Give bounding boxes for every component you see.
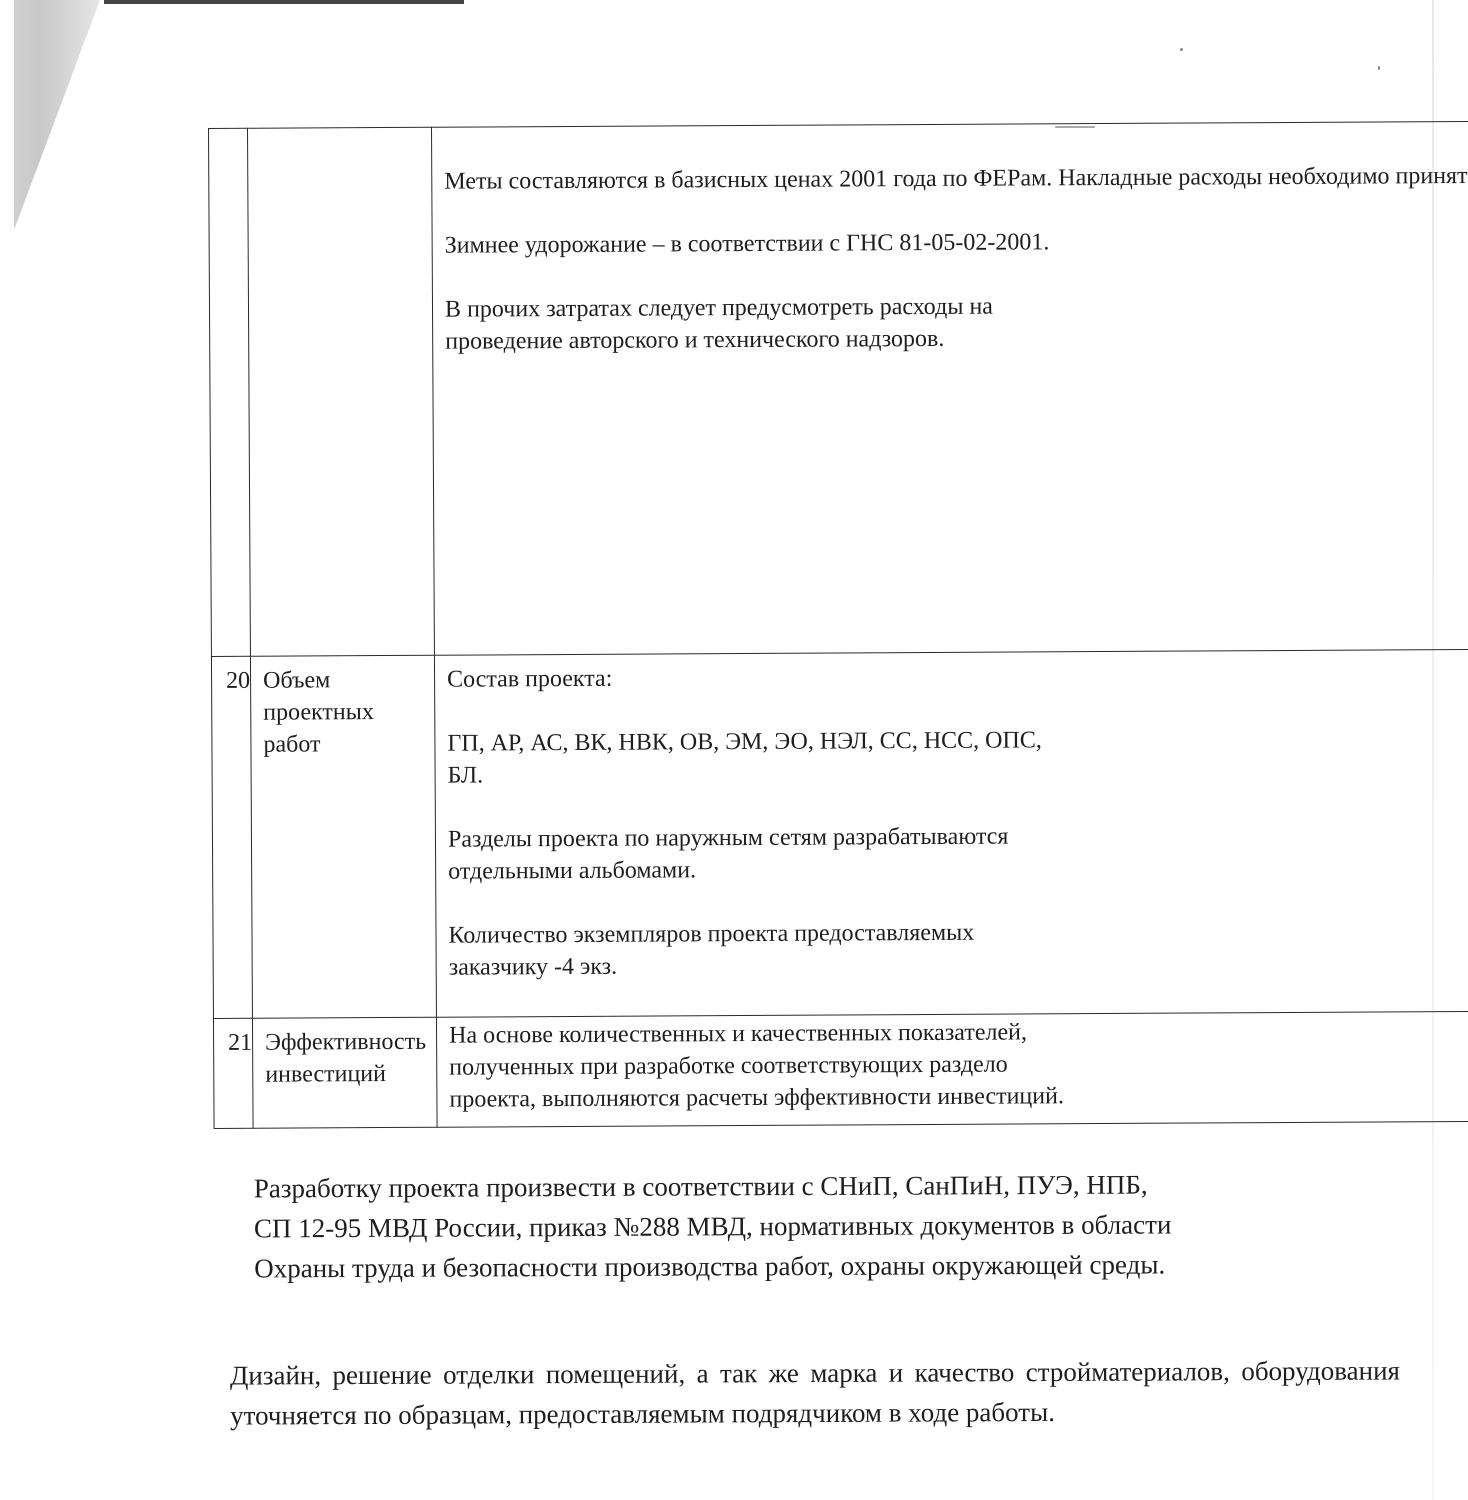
row-description: Состав проекта: ГП, АР, АС, ВК, НВК, ОВ,… bbox=[434, 627, 1468, 1017]
norms-paragraph: Разработку проекта произвести в соответс… bbox=[228, 1163, 1389, 1288]
row-number: 21 bbox=[213, 1018, 253, 1128]
requirements-table: Меты составляются в базисных ценах 2001 … bbox=[208, 99, 1468, 1129]
norms-paragraph-text: Разработку проекта произвести в соответс… bbox=[228, 1163, 1389, 1288]
row-name: Эффективность инвестиций bbox=[252, 1017, 437, 1128]
scan-top-artifact bbox=[104, 0, 464, 4]
row-name bbox=[248, 127, 435, 656]
row-description: Меты составляются в базисных ценах 2001 … bbox=[431, 99, 1468, 655]
design-paragraph-text: Дизайн, решение отделки помещений, а так… bbox=[230, 1350, 1400, 1435]
scan-edge-shadow bbox=[0, 0, 100, 230]
scan-speck bbox=[1180, 48, 1183, 51]
row-number bbox=[209, 128, 251, 656]
scan-speck bbox=[1378, 66, 1380, 70]
row-name: Объем проектных работ bbox=[250, 655, 436, 1018]
row-number: 20 bbox=[211, 656, 252, 1018]
description-paragraph: Меты составляются в базисных ценах 2001 … bbox=[444, 138, 1468, 198]
table-row: Меты составляются в базисных ценах 2001 … bbox=[209, 99, 1468, 656]
design-paragraph: Дизайн, решение отделки помещений, а так… bbox=[230, 1350, 1400, 1435]
table-row: 20 Объем проектных работ Состав проекта:… bbox=[211, 627, 1468, 1018]
